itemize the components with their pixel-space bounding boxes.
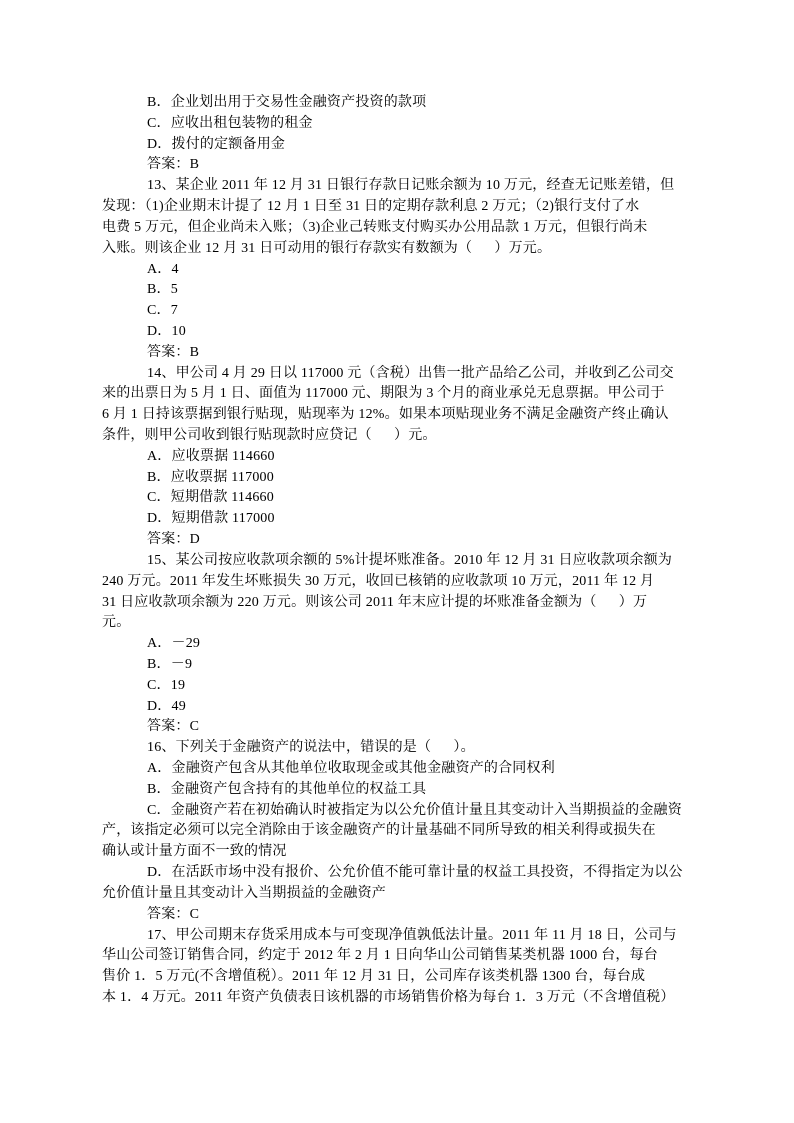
line-question-cont: 电费 5 万元，但企业尚未入账；（3)企业己转账支付购买办公用品款 1 万元，但… — [102, 218, 738, 239]
line-option: B．应收票据 117000 — [102, 468, 738, 489]
line-question-cont: 条件，则甲公司收到银行贴现款时应贷记（ ）元。 — [102, 426, 738, 447]
line-question-cont: 发现：（1)企业期末计提了 12 月 1 日至 31 日的定期存款利息 2 万元… — [102, 197, 738, 218]
line-answer: 答案：B — [102, 155, 738, 176]
line-option: B．金融资产包含持有的其他单位的权益工具 — [102, 780, 738, 801]
line-question-cont: 元。 — [102, 613, 738, 634]
line-option: C．7 — [102, 301, 738, 322]
line-question: 13、某企业 2011 年 12 月 31 日银行存款日记账余额为 10 万元，… — [102, 176, 738, 197]
line-option: B．企业划出用于交易性金融资产投资的款项 — [102, 93, 738, 114]
line-option: A．金融资产包含从其他单位收取现金或其他金融资产的合同权利 — [102, 759, 738, 780]
line-question: 16、下列关于金融资产的说法中，错误的是（ ）。 — [102, 738, 738, 759]
line-answer: 答案：C — [102, 717, 738, 738]
line-option: C．应收出租包装物的租金 — [102, 114, 738, 135]
line-question-cont: 入账。则该企业 12 月 31 日可动用的银行存款实有数额为（ ）万元。 — [102, 239, 738, 260]
line-answer: 答案：D — [102, 530, 738, 551]
line-option-cont: 产，该指定必须可以完全消除由于该金融资产的计量基础不同所导致的相关利得或损失在 — [102, 821, 738, 842]
line-option: A．应收票据 114660 — [102, 447, 738, 468]
line-answer: 答案：B — [102, 343, 738, 364]
exam-text-block: B．企业划出用于交易性金融资产投资的款项C．应收出租包装物的租金D．拨付的定额备… — [0, 0, 794, 1009]
line-option: C．金融资产若在初始确认时被指定为以公允价值计量且其变动计入当期损益的金融资 — [102, 801, 738, 822]
line-option: D．拨付的定额备用金 — [102, 135, 738, 156]
line-option: B．－9 — [102, 655, 738, 676]
line-question-cont: 华山公司签订销售合同，约定于 2012 年 2 月 1 日向华山公司销售某类机器… — [102, 946, 738, 967]
line-question: 15、某公司按应收款项余额的 5%计提坏账准备。2010 年 12 月 31 日… — [102, 551, 738, 572]
line-option-cont: 允价值计量且其变动计入当期损益的金融资产 — [102, 884, 738, 905]
line-option: D．49 — [102, 697, 738, 718]
line-option: A．4 — [102, 260, 738, 281]
line-option: A．－29 — [102, 634, 738, 655]
line-question: 17、甲公司期末存货采用成本与可变现净值孰低法计量。2011 年 11 月 18… — [102, 926, 738, 947]
line-option: C．短期借款 114660 — [102, 488, 738, 509]
line-option: D．10 — [102, 322, 738, 343]
document-page: B．企业划出用于交易性金融资产投资的款项C．应收出租包装物的租金D．拨付的定额备… — [0, 0, 794, 1123]
line-question-cont: 240 万元。2011 年发生坏账损失 30 万元，收回已核销的应收款项 10 … — [102, 572, 738, 593]
line-question-cont: 本 1．4 万元。2011 年资产负债表日该机器的市场销售价格为每台 1．3 万… — [102, 988, 738, 1009]
line-question-cont: 来的出票日为 5 月 1 日、面值为 117000 元、期限为 3 个月的商业承… — [102, 384, 738, 405]
line-option-cont: 确认或计量方面不一致的情况 — [102, 842, 738, 863]
line-option: D．在活跃市场中没有报价、公允价值不能可靠计量的权益工具投资，不得指定为以公 — [102, 863, 738, 884]
line-option: B．5 — [102, 280, 738, 301]
line-option: D．短期借款 117000 — [102, 509, 738, 530]
line-question: 14、甲公司 4 月 29 日以 117000 元（含税）出售一批产品给乙公司，… — [102, 364, 738, 385]
line-question-cont: 31 日应收款项余额为 220 万元。则该公司 2011 年末应计提的坏账准备金… — [102, 593, 738, 614]
line-answer: 答案：C — [102, 905, 738, 926]
line-option: C．19 — [102, 676, 738, 697]
line-question-cont: 6 月 1 日持该票据到银行贴现，贴现率为 12%。如果本项贴现业务不满足金融资… — [102, 405, 738, 426]
line-question-cont: 售价 1．5 万元(不含增值税）。2011 年 12 月 31 日，公司库存该类… — [102, 967, 738, 988]
